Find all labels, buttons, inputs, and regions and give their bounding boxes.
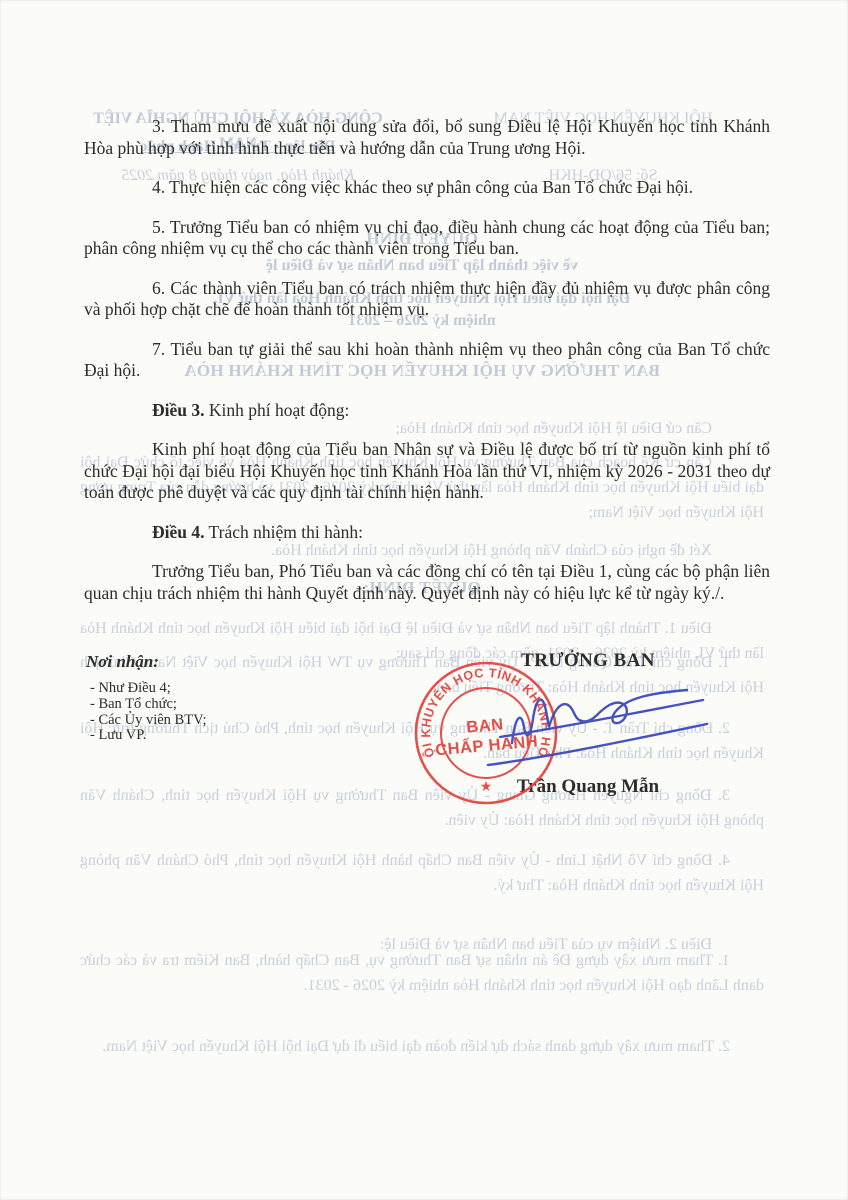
body-paragraph: 7. Tiểu ban tự giải thể sau khi hoàn thà… <box>84 339 770 382</box>
body-paragraph: 4. Thực hiện các công việc khác theo sự … <box>84 177 770 199</box>
body-paragraph: 5. Trưởng Tiểu ban có nhiệm vụ chỉ đạo, … <box>84 217 770 260</box>
document-content: 3. Tham mưu đề xuất nội dung sửa đổi, bổ… <box>0 0 848 1200</box>
recipient-item: - Như Điều 4; <box>90 681 207 697</box>
recipients-list: - Như Điều 4;- Ban Tổ chức;- Các Ủy viên… <box>86 681 207 744</box>
recipients-block: Nơi nhận: - Như Điều 4;- Ban Tổ chức;- C… <box>86 652 207 744</box>
body-paragraph: Điều 4. Trách nhiệm thi hành: <box>84 522 770 544</box>
recipient-item: - Ban Tổ chức; <box>90 697 207 713</box>
body-paragraph: Điều 3. Kinh phí hoạt động: <box>84 400 770 422</box>
recipient-item: - Lưu VP. <box>90 728 207 744</box>
body-paragraph: Kinh phí hoạt động của Tiểu ban Nhân sự … <box>84 439 770 504</box>
signature-scribble <box>512 690 687 743</box>
article-label: Điều 4. <box>152 522 205 542</box>
signature-stroke-lower <box>488 724 707 765</box>
body-paragraph: Trưởng Tiểu ban, Phó Tiểu ban và các đồn… <box>84 561 770 604</box>
scanned-document-page: HỘI KHUYẾN HỌC VIỆT NAMCỘNG HÒA XÃ HỘI C… <box>0 0 848 1200</box>
body-paragraph: 6. Các thành viên Tiểu ban có trách nhiệ… <box>84 278 770 321</box>
recipients-label: Nơi nhận: <box>86 652 207 672</box>
handwritten-signature <box>455 673 725 783</box>
body-paragraph: 3. Tham mưu đề xuất nội dung sửa đổi, bổ… <box>84 116 770 159</box>
article-label: Điều 3. <box>152 400 205 420</box>
recipient-item: - Các Ủy viên BTV; <box>90 713 207 729</box>
body-paragraphs: 3. Tham mưu đề xuất nội dung sửa đổi, bổ… <box>84 116 770 604</box>
